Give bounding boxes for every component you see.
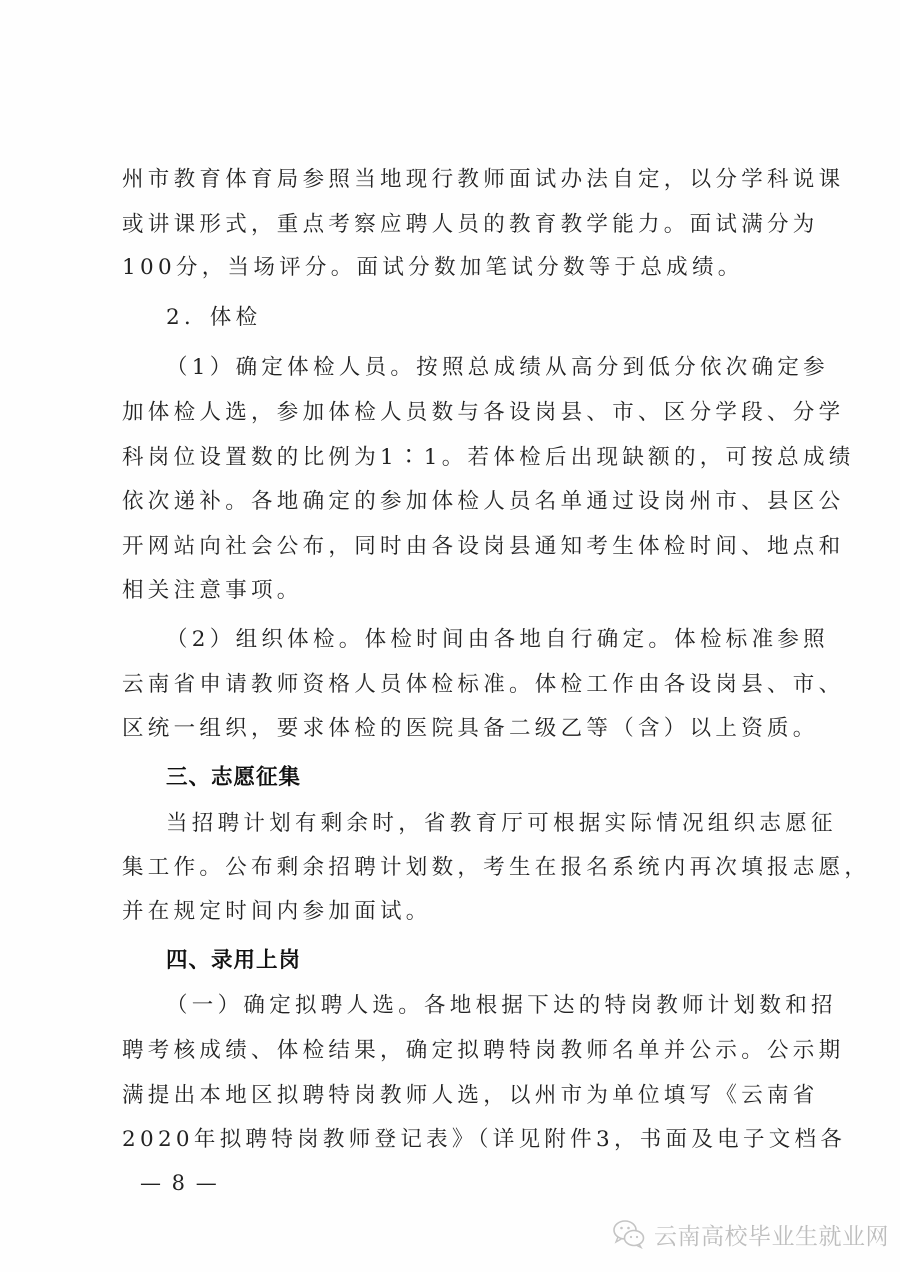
line-2: 100分，当场评分。面试分数加笔试分数等于总成绩。 [122, 246, 798, 290]
line-21: 2020年拟聘特岗教师登记表》（详见附件3，书面及电子文档各 [122, 1118, 798, 1162]
watermark-text: 云南高校毕业生就业网 [654, 1218, 889, 1251]
line-0: 州市教育体育局参照当地现行教师面试办法自定，以分学科说课 [122, 158, 798, 202]
line-8: 开网站向社会公布，同时由各设岗县通知考生体检时间、地点和 [122, 525, 798, 569]
line-9: 相关注意事项。 [122, 569, 798, 613]
line-11: 云南省申请教师资格人员体检标准。体检工作由各设岗县、市、 [122, 663, 798, 707]
line-12: 区统一组织，要求体检的医院具备二级乙等（含）以上资质。 [122, 707, 798, 751]
line-3: 2．体检 [166, 296, 798, 340]
line-7: 依次递补。各地确定的参加体检人员名单通过设岗州市、县区公 [122, 480, 798, 524]
line-6: 科岗位设置数的比例为1∶1。若体检后出现缺额的，可按总成绩 [122, 436, 798, 480]
line-4: （1）确定体检人员。按照总成绩从高分到低分依次确定参 [166, 346, 798, 390]
page-number: — 8 — [140, 1166, 219, 1200]
line-14: 当招聘计划有剩余时，省教育厅可根据实际情况组织志愿征 [166, 802, 798, 846]
watermark: 云南高校毕业生就业网 [612, 1214, 889, 1254]
line-1: 或讲课形式，重点考察应聘人员的教育教学能力。面试满分为 [122, 203, 798, 247]
line-10: （2）组织体检。体检时间由各地自行确定。体检标准参照 [166, 618, 798, 662]
line-16: 并在规定时间内参加面试。 [122, 890, 798, 934]
line-19: 聘考核成绩、体检结果，确定拟聘特岗教师名单并公示。公示期 [122, 1029, 798, 1073]
line-18: （一）确定拟聘人选。各地根据下达的特岗教师计划数和招 [166, 984, 798, 1028]
line-5: 加体检人选，参加体检人员数与各设岗县、市、区分学段、分学 [122, 391, 798, 435]
section-heading-4: 四、录用上岗 [166, 939, 798, 983]
line-20: 满提出本地区拟聘特岗教师人选，以州市为单位填写《云南省 [122, 1074, 798, 1118]
section-heading-3: 三、志愿征集 [166, 756, 798, 800]
document-page: 州市教育体育局参照当地现行教师面试办法自定，以分学科说课 或讲课形式，重点考察应… [0, 0, 900, 1272]
wechat-icon [612, 1219, 646, 1249]
line-15: 集工作。公布剩余招聘计划数，考生在报名系统内再次填报志愿， [122, 846, 798, 890]
